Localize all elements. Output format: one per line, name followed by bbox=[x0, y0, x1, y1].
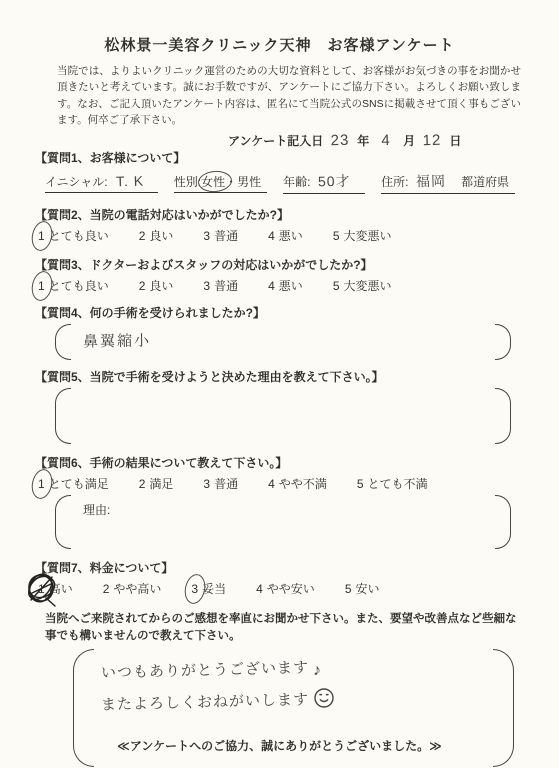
feedback-line-2: またよろしくおねがいします bbox=[101, 687, 486, 720]
survey-option[interactable]: 1とても満足 bbox=[38, 475, 109, 492]
date-day-value[interactable]: 12 bbox=[421, 132, 443, 150]
survey-option[interactable]: 5とても不満 bbox=[357, 475, 428, 492]
survey-date-row: アンケート記入日 23 年 4 月 12 日 bbox=[228, 132, 559, 149]
page-title: 松林景一美容クリニック天神 お客様アンケート bbox=[0, 0, 559, 55]
question-7-options: 1高い 2やや高い 3妥当 4やや安い bbox=[38, 580, 559, 597]
survey-page: 松林景一美容クリニック天神 お客様アンケート 当院では、よりよいクリニック運営の… bbox=[0, 0, 559, 768]
date-year-value[interactable]: 23 bbox=[329, 132, 351, 150]
address-value: 福岡 bbox=[408, 170, 455, 191]
address-field[interactable]: 住所:福岡 都道府県 bbox=[381, 171, 515, 194]
question-4-answer-box[interactable]: 鼻翼縮小 bbox=[55, 324, 511, 360]
gender-separator: ・ bbox=[225, 175, 237, 189]
question-3-options: 1とても良い 2良い 3普通 4悪い 5大変悪い bbox=[38, 277, 559, 294]
survey-option[interactable]: 2良い bbox=[139, 277, 174, 294]
gender-field[interactable]: 性別:女性・男性 bbox=[174, 173, 267, 193]
initial-field[interactable]: イニシャル:T. K bbox=[45, 173, 158, 193]
survey-option[interactable]: 3妥当 bbox=[191, 580, 226, 597]
age-value: 50才 bbox=[310, 170, 359, 191]
question-2-options: 1とても良い 2良い 3普通 4悪い 5大変悪い bbox=[38, 227, 559, 244]
survey-option[interactable]: 3普通 bbox=[203, 475, 238, 492]
initial-label: イニシャル: bbox=[45, 175, 108, 189]
gender-label: 性別: bbox=[174, 175, 201, 189]
address-suffix: 都道府県 bbox=[461, 175, 509, 189]
gender-option-female[interactable]: 女性 bbox=[201, 173, 225, 190]
initial-value: T. K bbox=[107, 172, 152, 189]
question-4-heading: 【質問4、何の手術を受けられましたか?】 bbox=[35, 304, 559, 321]
survey-option[interactable]: 5大変悪い bbox=[333, 227, 392, 244]
question-3-heading: 【質問3、ドクターおよびスタッフの対応はいかがでしたか?】 bbox=[35, 256, 559, 273]
survey-option[interactable]: 5大変悪い bbox=[333, 277, 392, 294]
survey-option[interactable]: 1とても良い bbox=[38, 277, 109, 294]
question-4-answer: 鼻翼縮小 bbox=[83, 329, 151, 351]
survey-option[interactable]: 4悪い bbox=[268, 227, 303, 244]
survey-option[interactable]: 2満足 bbox=[139, 475, 174, 492]
footer-thanks: ≪アンケートへのご協力、誠にありがとうございました。≫ bbox=[0, 737, 559, 754]
question-6-heading: 【質問6、手術の結果について教えて下さい。】 bbox=[35, 454, 559, 471]
age-label: 年齢: bbox=[283, 175, 310, 189]
survey-option[interactable]: 5安い bbox=[345, 580, 380, 597]
survey-option[interactable]: 2やや高い bbox=[103, 580, 162, 597]
intro-text: 当院では、よりよいクリニック運営のための大切な資料として、お客様がお気づきの事を… bbox=[57, 63, 521, 128]
question-5-heading: 【質問5、当院で手術を受けようと決めた理由を教えて下さい。】 bbox=[35, 368, 559, 385]
date-day-unit: 日 bbox=[449, 132, 461, 149]
date-year-unit: 年 bbox=[357, 132, 369, 149]
reason-label: 理由: bbox=[83, 503, 110, 517]
survey-option[interactable]: 4やや不満 bbox=[268, 475, 327, 492]
feedback-line-1: いつもありがとうございます ♪ bbox=[101, 655, 486, 687]
music-note-icon: ♪ bbox=[313, 654, 322, 686]
age-field[interactable]: 年齢:50才 bbox=[283, 171, 365, 194]
question-1-fields: イニシャル:T. K 性別:女性・男性 年齢:50才 住所:福岡 都道府県 bbox=[45, 171, 559, 194]
question-6-options: 1とても満足 2満足 3普通 4やや不満 5とても不満 bbox=[38, 475, 559, 492]
survey-option[interactable]: 2良い bbox=[139, 227, 174, 244]
question-1-heading: 【質問1、お客様について】 bbox=[35, 149, 559, 166]
question-6-reason-box[interactable]: 理由: bbox=[55, 495, 511, 549]
feedback-prompt: 当院へご来院されてからのご感想を率直にお聞かせ下さい。また、要望や改善点など些細… bbox=[45, 611, 523, 646]
survey-option[interactable]: 3普通 bbox=[203, 227, 238, 244]
survey-option[interactable]: 1とても良い bbox=[38, 227, 109, 244]
question-5-answer-box[interactable] bbox=[55, 388, 511, 444]
question-2-heading: 【質問2、当院の電話対応はいかがでしたか?】 bbox=[35, 206, 559, 223]
date-month-unit: 月 bbox=[403, 132, 415, 149]
survey-option[interactable]: 4悪い bbox=[268, 277, 303, 294]
date-month-value[interactable]: 4 bbox=[375, 132, 397, 150]
date-label: アンケート記入日 bbox=[228, 132, 323, 149]
question-7-heading: 【質問7、料金について】 bbox=[35, 559, 559, 576]
smiley-face-icon bbox=[313, 687, 335, 720]
survey-option[interactable]: 3普通 bbox=[203, 277, 238, 294]
survey-option[interactable]: 1高い bbox=[38, 580, 73, 597]
gender-option-male[interactable]: 男性 bbox=[237, 175, 261, 189]
survey-option[interactable]: 4やや安い bbox=[256, 580, 315, 597]
address-label: 住所: bbox=[381, 175, 408, 189]
